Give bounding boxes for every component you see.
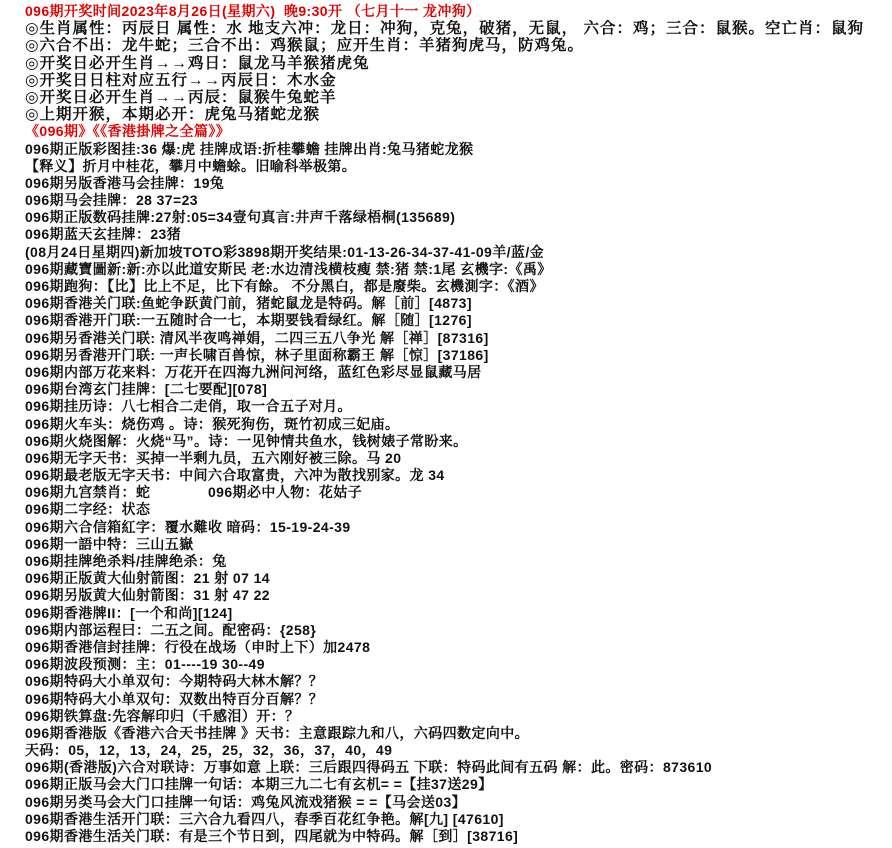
text-line: 096期最老版无字天书：中间六合取富贵，六冲为散找别家。龙 34 (25, 467, 886, 484)
text-line: 096期内部万花来料：万花开在四海九洲问河络，蓝红色彩尽显鼠藏马居 (25, 364, 886, 381)
lottery-info-document: 096期开奖时间2023年8月26日(星期六) 晚9:30开 （七月十一 龙冲狗… (0, 0, 892, 848)
text-line: 096期挂历诗：八七相合二走俏，取一合五子对月。 (25, 398, 886, 415)
text-line: 096期特码大小单双句：双数出特百分百解？？ (25, 691, 886, 708)
text-line: 096期另版香港马会挂牌：19兔 (25, 175, 886, 192)
text-line: 096期内部运程曰：二五之间。配密码：{258} (25, 622, 886, 639)
text-line: 096期正版数码挂牌:27射:05=34壹句真言:井声千落绿梧桐(135689) (25, 209, 886, 226)
text-line: 096期香港生活关门联：有是三个节日到，四尾就为中特码。解［到］[38716] (25, 828, 886, 845)
text-line: 096期另香港关门联: 清风半夜鸣禅娟，二四三五八争光 解［禅］[87316] (25, 330, 886, 347)
text-line: 096期香港开门联:一五随时合一七，本期要钱看绿红。解［随］[1276] (25, 312, 886, 329)
text-line: ◎开奖日必开生肖→→鸡日：鼠龙马羊猴猪虎兔 (25, 55, 886, 72)
text-line: 天码：05，12，13，24，25，25，32，36，37，40，49 (25, 742, 886, 759)
text-line: 096期火烧图解：火烧“马”。诗：一见钟情共鱼水，钱树婊子常盼来。 (25, 433, 886, 450)
text-line: (08月24日星期四)新加坡TOTO彩3898期开奖结果:01-13-26-34… (25, 244, 886, 261)
text-line: 096期香港关门联:鱼蛇争跃黄门前，猪蛇鼠龙是特码。解［前］[4873] (25, 295, 886, 312)
text-line: 096期二字经：状态 (25, 501, 886, 518)
text-line: 096期香港生活开门联：三六合九看四八，春季百花红争艳。解[九] [47610] (25, 811, 886, 828)
text-line: 096期跑狗：【比】比上不足，比下有餘。 不分黑白，都是廢柴。玄機測字：《酒》 (25, 278, 886, 295)
text-line: 096期六合信箱紅字：覆水難收 暗码：15-19-24-39 (25, 519, 886, 536)
text-line: 096期马会挂牌：28 37=23 (25, 192, 886, 209)
text-line: ◎生肖属性：丙辰日 属性：水 地支六冲：龙日：冲狗，克兔，破猪，无鼠， 六合：鸡… (25, 20, 886, 37)
text-line: 【释义】折月中桂花，攀月中蟾蜍。旧喻科举极第。 (25, 158, 886, 175)
text-line: 096期正版黄大仙射箭图：21 射 07 14 (25, 570, 886, 587)
text-line: 096期香港牌II：[一个和尚][124] (25, 605, 886, 622)
text-line: 096期蓝天玄挂牌：23猪 (25, 226, 886, 243)
text-line: 096期藏寶圖新:新:亦以此道安斯民 老:水边清浅横枝瘦 禁:猪 禁:1尾 玄機… (25, 261, 886, 278)
text-line: 096期铁算盘:先容解印归（千感泪）开：？ (25, 708, 886, 725)
text-line: 096期香港信封挂牌：行役在战场（申时上下）加2478 (25, 639, 886, 656)
text-line: ◎开奖日必开生肖→→丙辰：鼠猴牛兔蛇羊 (25, 89, 886, 106)
text-line: 096期另类马会大门口挂牌一句话：鸡兔风流戏猪猴 = =【马会送03】 (25, 794, 886, 811)
text-line: ◎开奖日日柱对应五行→→丙辰日：木水金 (25, 72, 886, 89)
text-line: 096期火车头：烧伤鸡 。诗：猴死狗伤，斑竹初成三妃庙。 (25, 416, 886, 433)
text-line: 096期无字天书：买掉一半剩九员，五六刚好被三除。马 20 (25, 450, 886, 467)
text-line: 096期一語中特：三山五嶽 (25, 536, 886, 553)
text-line: 096期波段预测：主：01----19 30--49 (25, 656, 886, 673)
text-line: 《096期》《《香港掛牌之全篇》》 (25, 123, 886, 140)
text-line: 096期正版彩图挂:36 爆:虎 挂牌成语:折桂攀蟾 挂牌出肖:兔马猪蛇龙猴 (25, 141, 886, 158)
text-line: 096期(香港版)六合对联诗：万事如意 上联：三后跟四得码五 下联：特码此间有五… (25, 759, 886, 776)
text-line: 096期另版黄大仙射箭图：31 射 47 22 (25, 587, 886, 604)
text-line: ◎上期开猴，本期必开：虎兔马猪蛇龙猴 (25, 106, 886, 123)
text-line: 096期开奖时间2023年8月26日(星期六) 晚9:30开 （七月十一 龙冲狗… (25, 3, 886, 20)
text-line: 096期九宫禁肖：蛇 096期必中人物：花姑子 (25, 484, 886, 501)
text-line: 096期台湾玄门挂牌：[二七要配][078] (25, 381, 886, 398)
text-line: 096期香港版《香港六合天书挂牌 》天书：主意跟踪九和八，六码四数定向中。 (25, 725, 886, 742)
text-line: 096期另香港开门联: 一声长啸百兽惊，林子里面称霸王 解［惊］[37186] (25, 347, 886, 364)
text-line: 096期正版马会大门口挂牌一句话：本期三九二七有玄机= =【挂37送29】 (25, 776, 886, 793)
text-line: 096期挂牌绝杀料/挂牌绝杀：兔 (25, 553, 886, 570)
text-line: 096期特码大小单双句：今期特码大林木解？？ (25, 673, 886, 690)
text-line: ◎六合不出：龙牛蛇；三合不出：鸡猴鼠；应开生肖：羊猪狗虎马，防鸡兔。 (25, 37, 886, 54)
